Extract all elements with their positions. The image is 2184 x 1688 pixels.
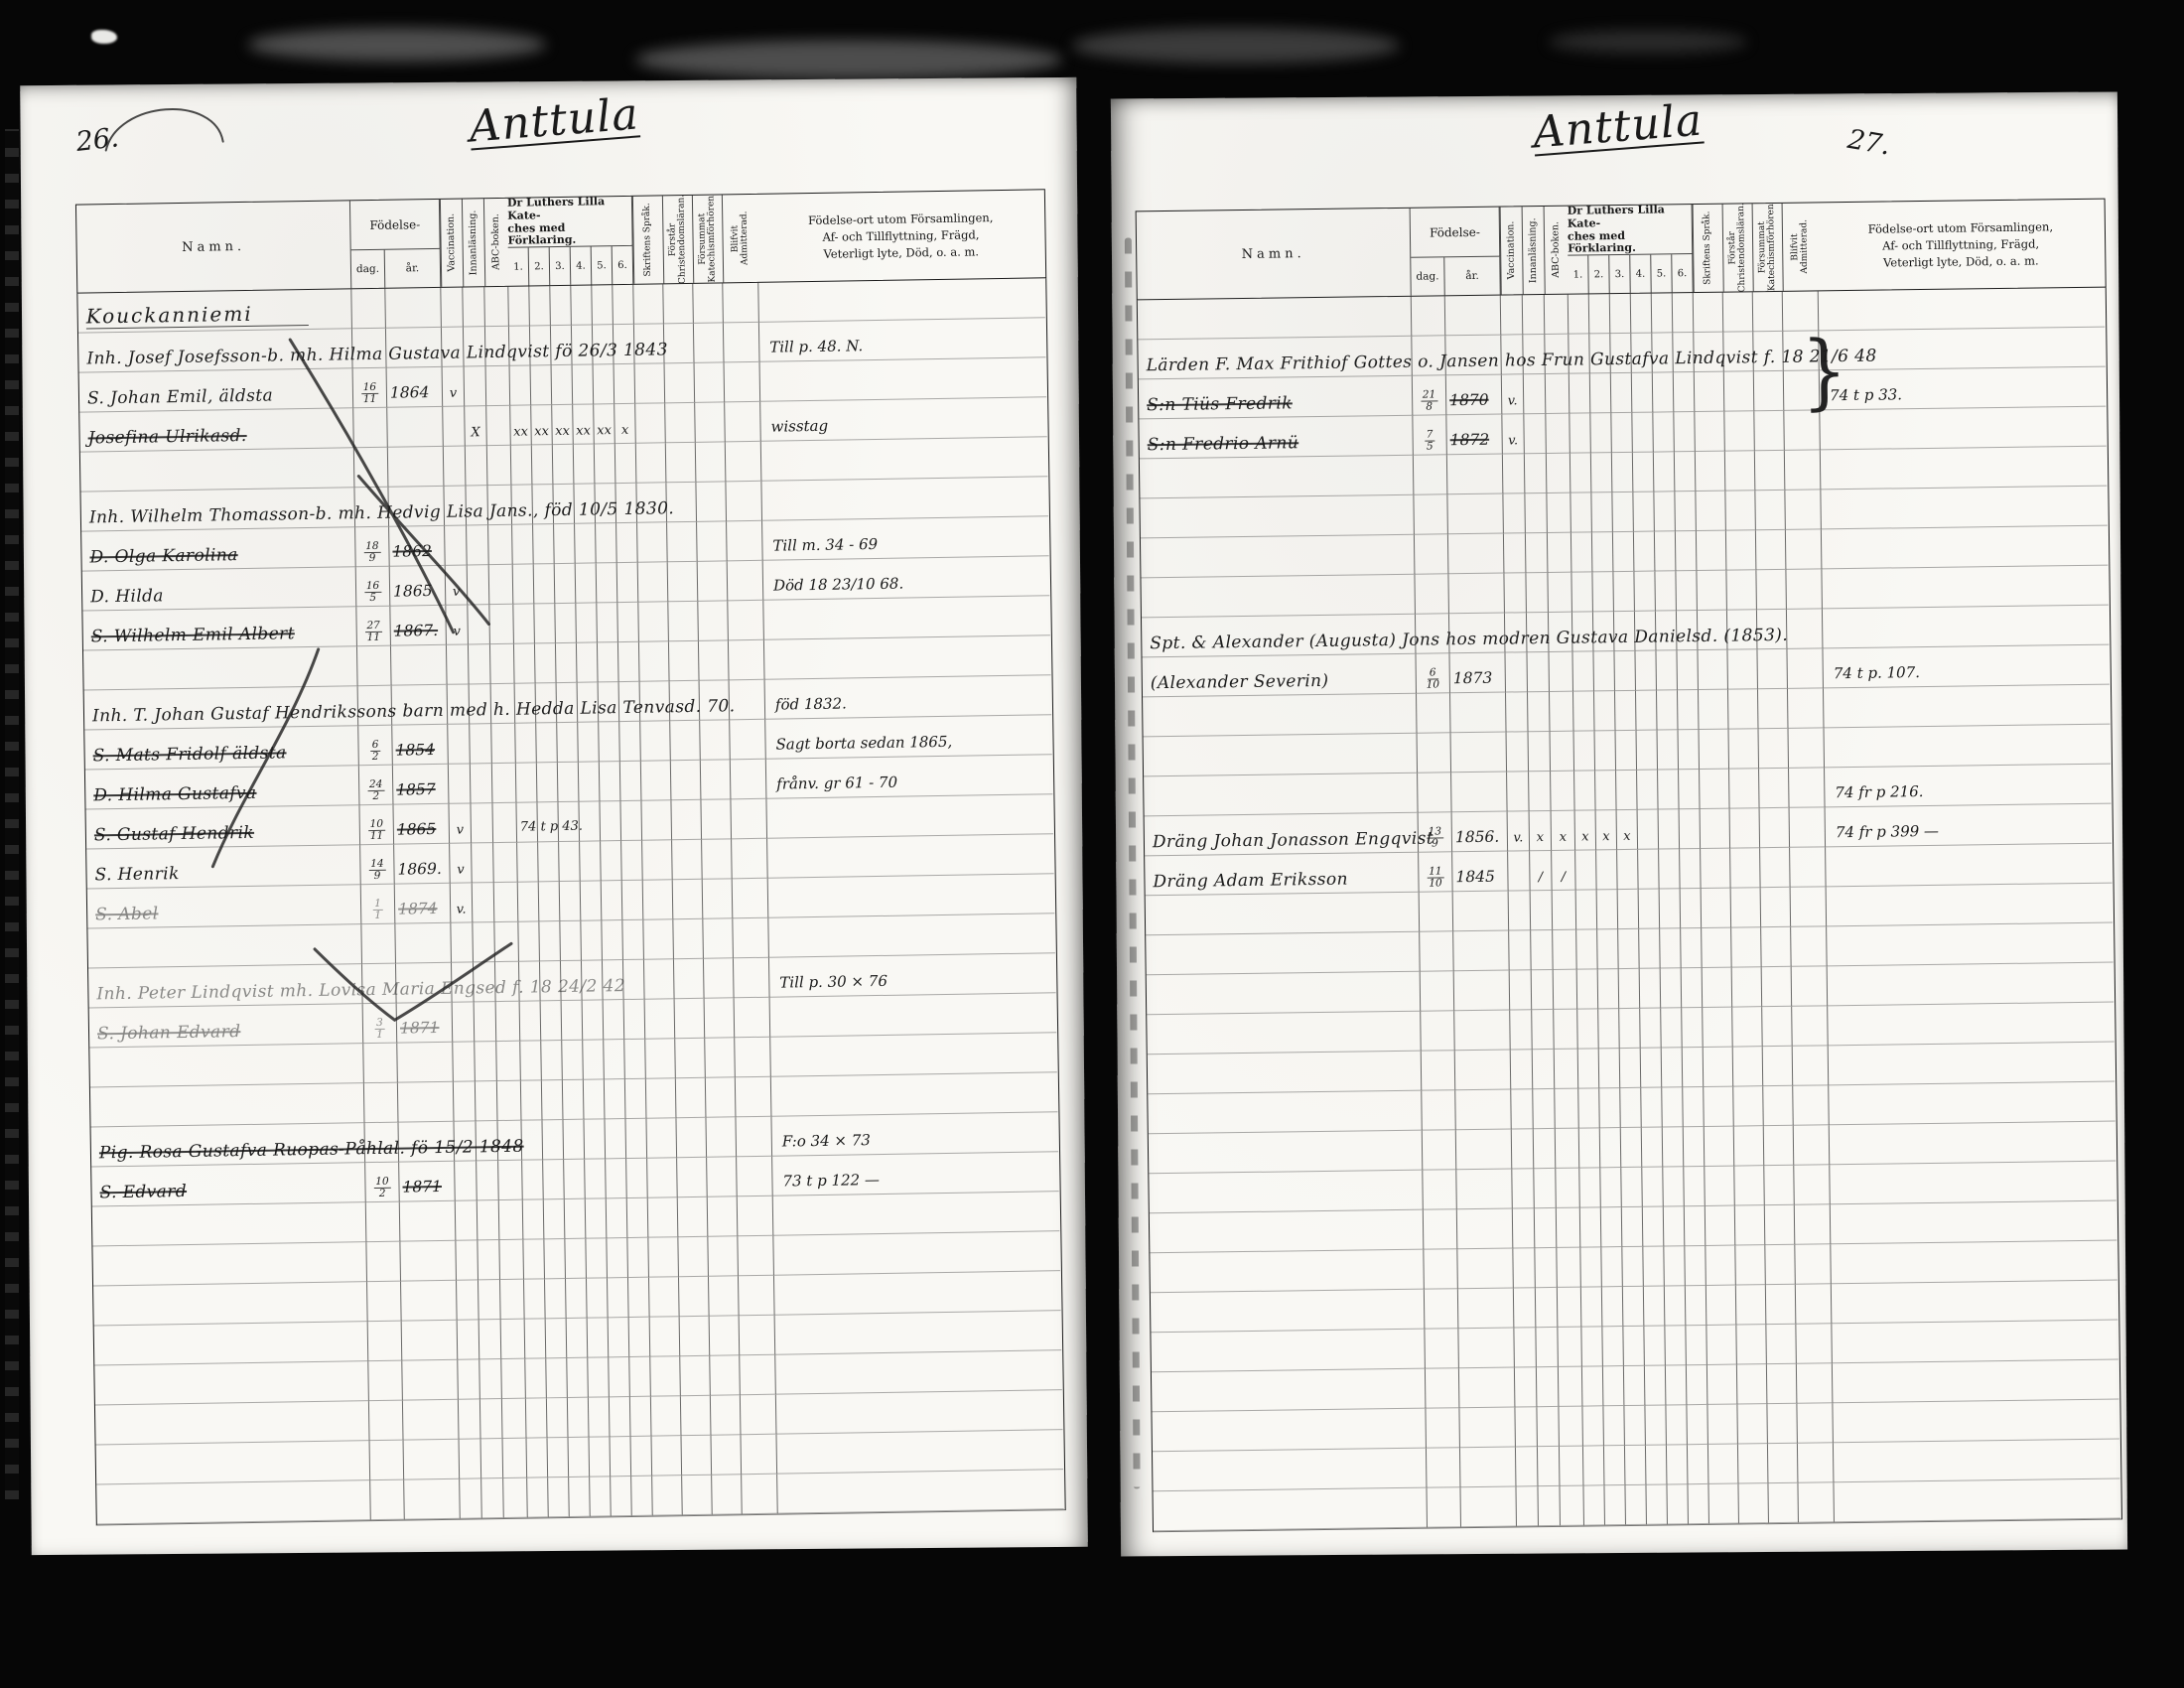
skriftens-cell <box>641 800 672 840</box>
note-cell <box>1821 487 2107 530</box>
birth-year-cell <box>395 923 452 964</box>
blifvit-cell <box>1793 1085 1830 1125</box>
birth-day-cell: 31 <box>363 1004 398 1045</box>
katekes-cell <box>1661 968 1683 1008</box>
margin-note: 74 fr p 216. <box>1835 782 1923 801</box>
birth-day-value: 1110 <box>1427 866 1444 889</box>
name-cell <box>1147 972 1422 1016</box>
birth-day-cell <box>1421 1011 1455 1051</box>
margin-note: 74 t p 33. <box>1830 385 1902 404</box>
katekes-cell <box>613 285 634 325</box>
innanlasning-cell <box>1524 414 1547 454</box>
innanlasning-cell <box>1537 1407 1560 1447</box>
blifvit-cell <box>1792 966 1829 1006</box>
katekes-cell <box>539 882 561 921</box>
forsummat-cell <box>1764 1166 1795 1205</box>
note-cell <box>763 596 1050 640</box>
name-cell <box>1148 1052 1422 1095</box>
katekes-cell <box>513 564 535 604</box>
name-cell: Inh. Peter Lindqvist mh. Lovisa Maria En… <box>88 964 363 1008</box>
birth-year-value: 1854 <box>395 741 435 760</box>
katekes-cell <box>1666 1405 1688 1445</box>
abc-cell <box>1558 1288 1582 1328</box>
katekes-cell <box>1633 492 1655 532</box>
birth-year-value: 1856. <box>1455 828 1500 847</box>
katekes-cell <box>537 763 559 802</box>
birth-day-cell <box>1418 773 1452 812</box>
katekes-cell <box>546 1358 568 1398</box>
katekes-cell <box>558 763 580 802</box>
katekes-cell: 74 t p 43. <box>516 802 538 842</box>
vaccination-cell <box>1513 1248 1536 1288</box>
blifvit-cell <box>731 760 767 800</box>
birth-day-cell <box>1422 1051 1456 1090</box>
birth-day-cell <box>369 1401 404 1442</box>
katekes-cell <box>515 723 537 763</box>
katekes-cell <box>596 523 617 563</box>
note-cell <box>1827 923 2113 967</box>
abc-cell <box>1551 772 1575 811</box>
vaccination-cell <box>458 1359 480 1399</box>
forsummat-cell <box>700 720 731 760</box>
blifvit-cell <box>1785 490 1822 529</box>
skriftens-cell <box>646 1078 677 1118</box>
name-cell <box>1148 1091 1422 1135</box>
birth-day-value: 242 <box>367 779 385 802</box>
vaccination-cell <box>1503 454 1526 493</box>
katekes-cell <box>1639 929 1661 969</box>
katekes-cell <box>1674 412 1696 452</box>
birth-year-cell <box>1453 931 1510 972</box>
katekes-cell <box>1675 452 1697 492</box>
katekes-cell <box>1640 1009 1662 1049</box>
skriftens-cell <box>640 721 671 761</box>
katekes-cell <box>1665 1286 1687 1326</box>
katekes-cell <box>541 1001 563 1041</box>
note-cell <box>1833 1360 2118 1404</box>
day-denominator: 11 <box>363 394 377 405</box>
mark-value: v <box>453 625 461 639</box>
abc-cell <box>496 1002 521 1042</box>
katekes-cell <box>588 1357 610 1397</box>
skriftens-cell <box>641 761 672 800</box>
birth-year-cell: 1872 <box>1446 415 1503 456</box>
birth-day-value: 11 <box>372 899 383 921</box>
vaccination-cell <box>1505 652 1528 692</box>
forsummat-cell <box>702 839 733 879</box>
vaccination-cell <box>1503 493 1526 533</box>
innanlasning-cell <box>475 1042 497 1081</box>
forsummat-cell <box>1760 848 1791 888</box>
margin-note: wisstag <box>770 417 828 436</box>
katekes-cell <box>581 920 603 960</box>
birth-year-cell <box>1456 1169 1513 1209</box>
skriftens-cell <box>646 1118 677 1158</box>
name-cell <box>1151 1330 1426 1373</box>
forsummat-cell <box>1756 530 1787 570</box>
note-cell <box>1820 407 2106 451</box>
forstar-cell <box>671 800 702 840</box>
note-cell <box>1830 1162 2116 1205</box>
katekes-cell <box>617 563 639 603</box>
birth-year-cell <box>1453 892 1510 932</box>
katekes-cell <box>1624 1366 1646 1406</box>
abc-cell <box>1556 1169 1580 1208</box>
col-header-ar: år. <box>385 249 442 288</box>
katekes-cell <box>581 881 603 920</box>
katekes-cell <box>557 723 579 763</box>
abc-cell <box>486 366 511 406</box>
right-page-rows: Lärden F. Max Frithiof Gottes o. Jansen … <box>1137 288 2122 1533</box>
birth-year-cell <box>1447 494 1504 535</box>
forstar-cell <box>668 562 699 602</box>
note-cell <box>1822 526 2108 570</box>
birth-day-cell: 149 <box>360 845 395 886</box>
innanlasning-cell <box>479 1359 502 1399</box>
margin-note: Till p. 30 × 76 <box>779 972 887 992</box>
birth-day-cell: 62 <box>358 726 393 767</box>
katekes-cell <box>1622 1247 1644 1287</box>
birth-year-cell <box>400 1241 457 1282</box>
name-cell <box>1153 1449 1427 1492</box>
blifvit-cell <box>723 283 759 324</box>
birth-day-value: 75 <box>1425 429 1435 452</box>
mark-value: x <box>1602 829 1610 844</box>
forstar-cell <box>1727 649 1758 689</box>
katekes-cell <box>1673 293 1695 333</box>
skriftens-cell <box>643 919 674 959</box>
birth-year-cell <box>391 645 448 686</box>
blifvit-cell <box>738 1196 774 1237</box>
col-header-fodelseort: Födelse-ort utom Församlingen, Af- och T… <box>757 190 1044 282</box>
birth-day-value: 62 <box>370 740 381 763</box>
katekes-cell <box>525 1358 547 1398</box>
col-header-abc-boken: ABC-boken. <box>1544 207 1569 294</box>
katekes-cell <box>1616 771 1638 810</box>
abc-cell <box>1559 1407 1583 1447</box>
note-cell <box>1829 1043 2115 1086</box>
innanlasning-cell <box>471 764 493 803</box>
forsummat-cell <box>703 918 734 958</box>
day-denominator: 5 <box>1427 441 1433 452</box>
forsummat-cell <box>695 362 726 402</box>
katekes-cell <box>1600 1128 1622 1168</box>
note-cell <box>777 1470 1064 1514</box>
abc-cell <box>1554 970 1578 1010</box>
name-cell <box>1151 1290 1425 1334</box>
blifvit-cell <box>724 323 760 363</box>
katekes-cell <box>625 1119 647 1159</box>
margin-note: 74 fr p 399 — <box>1836 822 1939 841</box>
birth-year-cell: 1874 <box>395 884 452 924</box>
note-cell <box>1833 1400 2118 1444</box>
abc-cell <box>484 287 509 327</box>
katekes-cell <box>526 1398 548 1438</box>
forsummat-cell <box>706 1117 737 1157</box>
note-cell <box>767 834 1054 879</box>
name-cell: Spt. & Alexander (Augusta) Jons hos modr… <box>1142 615 1417 658</box>
skriftens-cell <box>639 641 670 681</box>
mark-value: xx <box>534 424 549 439</box>
note-cell <box>773 1231 1060 1276</box>
forsummat-cell <box>1762 967 1793 1007</box>
katekes-cell <box>1618 890 1640 929</box>
vaccination-cell <box>449 764 472 803</box>
katekes-cell <box>520 1001 542 1041</box>
katekes-cell <box>514 643 536 683</box>
katekes-cell <box>1598 1009 1620 1049</box>
katekes-cell <box>1678 690 1700 730</box>
forstar-cell <box>1723 292 1754 332</box>
name-cell <box>90 1083 365 1127</box>
katekes-cell <box>1656 650 1678 690</box>
note-cell <box>1828 1003 2114 1047</box>
skriftens-cell <box>1705 1167 1735 1206</box>
katekes-cell <box>1631 294 1653 334</box>
note-cell <box>1819 288 2105 332</box>
katekes-cell <box>574 444 596 484</box>
abc-cell <box>1549 652 1573 692</box>
birth-year-cell <box>1455 1051 1512 1091</box>
birth-day-cell <box>1426 1368 1460 1408</box>
katekes-cell <box>631 1477 653 1516</box>
birth-day-cell <box>370 1480 405 1521</box>
forstar-cell <box>1724 411 1755 451</box>
abc-cell <box>1554 1010 1578 1050</box>
katekes-cell <box>535 643 557 683</box>
forsummat-cell <box>1765 1245 1796 1285</box>
katekes-cell <box>1660 928 1682 968</box>
katekes-cell <box>1688 1484 1709 1524</box>
katekes-cell <box>1632 413 1654 453</box>
blifvit-cell <box>740 1316 776 1356</box>
katekes-cell <box>1654 492 1676 531</box>
birth-day-cell <box>368 1361 403 1402</box>
katekes-cell <box>533 524 555 564</box>
vaccination-cell: v. <box>1502 414 1525 454</box>
innanlasning-cell <box>1523 295 1546 335</box>
katekes-cell <box>1613 572 1635 612</box>
entry-name: Dräng Johan Jonasson Engqvist <box>1153 829 1433 853</box>
abc-cell <box>501 1320 526 1359</box>
blifvit-cell <box>1788 688 1825 728</box>
birth-day-value: 2711 <box>364 621 382 643</box>
katekes-cell <box>571 285 593 325</box>
col-header-forsummat: Försummat Katechismförhören <box>1752 204 1783 291</box>
birth-day-value: 1611 <box>361 382 379 405</box>
vaccination-cell <box>1506 692 1529 732</box>
katekes-cell <box>1677 650 1699 690</box>
vaccination-cell <box>1515 1407 1538 1447</box>
blifvit-cell <box>1786 569 1823 609</box>
katekes-cell <box>1685 1206 1706 1246</box>
blifvit-cell <box>1794 1125 1831 1165</box>
katekes-cell: xx <box>531 405 553 445</box>
katekes-cell <box>577 642 599 682</box>
name-cell <box>1144 774 1419 817</box>
katekes-cell <box>1596 850 1618 890</box>
abc-cell: x <box>1552 811 1576 851</box>
innanlasning-cell <box>1527 652 1550 692</box>
note-cell <box>760 357 1047 402</box>
forstar-cell <box>668 602 699 641</box>
katekes-cell <box>609 1357 630 1397</box>
mark-value: x <box>621 423 629 438</box>
skriftens-cell <box>1701 809 1731 849</box>
katekes-cell <box>1597 890 1619 929</box>
katekes-cell <box>1583 1446 1605 1485</box>
birth-day-cell: 1110 <box>1419 852 1453 892</box>
name-cell <box>96 1441 371 1484</box>
birth-day-cell: 165 <box>356 567 391 608</box>
katekes-cell: x <box>614 404 636 444</box>
birth-day-value: 1011 <box>368 819 386 842</box>
katekes-cell <box>520 1041 542 1080</box>
innanlasning-cell <box>473 922 495 962</box>
skriftens-cell <box>1700 770 1730 809</box>
blifvit-cell <box>1797 1363 1834 1403</box>
katekes-cell <box>583 1000 605 1040</box>
katekes-cell <box>1576 929 1598 969</box>
blifvit-cell <box>725 402 761 443</box>
birth-day-cell <box>1417 693 1451 733</box>
mark-value: x <box>1623 829 1631 844</box>
kateches-col-1: 1. <box>508 247 530 285</box>
blifvit-cell <box>736 1117 772 1158</box>
forsummat-cell <box>1765 1205 1796 1245</box>
blifvit-cell <box>741 1395 777 1436</box>
katekes-cell <box>1599 1049 1621 1088</box>
forsummat-cell <box>712 1475 743 1514</box>
forsummat-cell <box>695 402 726 442</box>
forsummat-cell <box>1768 1483 1799 1523</box>
katekes-cell <box>622 881 644 920</box>
forstar-cell <box>665 403 696 443</box>
katekes-cell <box>546 1319 568 1358</box>
note-cell: }74 t p 33. <box>1820 367 2106 411</box>
katekes-cell <box>560 882 582 921</box>
skriftens-cell <box>642 840 673 880</box>
skriftens-cell <box>638 562 669 602</box>
skriftens-cell <box>1696 452 1726 492</box>
vaccination-cell <box>1513 1208 1536 1248</box>
note-cell: frånv. gr 61 - 70 <box>766 755 1053 799</box>
katekes-cell <box>627 1238 649 1278</box>
katekes-cell <box>583 1040 605 1079</box>
blifvit-cell <box>730 720 766 761</box>
blifvit-cell <box>1791 887 1828 926</box>
forsummat-cell <box>705 998 736 1038</box>
katekes-cell <box>1616 731 1638 771</box>
birth-year-cell <box>1460 1486 1517 1527</box>
vaccination-cell: v <box>446 605 469 644</box>
margin-note: frånv. gr 61 - 70 <box>776 774 897 793</box>
katekes-cell <box>1675 492 1697 531</box>
katekes-cell <box>1676 571 1698 611</box>
mark-value: x <box>1537 830 1545 845</box>
katekes-cell <box>544 1199 566 1239</box>
blifvit-cell <box>736 1077 772 1118</box>
forstar-cell <box>667 522 698 562</box>
forstar-cell <box>681 1436 712 1476</box>
katekes-cell <box>623 960 645 1000</box>
birth-day-cell: 189 <box>355 527 390 568</box>
katekes-cell: xx <box>510 405 532 445</box>
forsummat-cell <box>698 601 729 640</box>
note-cell: 73 t p 122 — <box>772 1152 1059 1196</box>
birth-year-value: 1874 <box>398 900 438 918</box>
birth-year-value: 1871 <box>402 1178 442 1196</box>
day-denominator: 11 <box>370 831 384 842</box>
name-cell: S. Johan Emil, äldsta <box>79 368 354 412</box>
col-header-kateches: Dr Luthers Lilla Kate- ches med Förklari… <box>507 197 633 248</box>
birth-year-value: 1871 <box>400 1019 440 1038</box>
katekes-cell <box>559 842 581 882</box>
blifvit-cell <box>1798 1482 1835 1522</box>
katekes-cell <box>614 364 636 404</box>
katekes-cell <box>626 1159 648 1198</box>
innanlasning-cell <box>476 1081 498 1121</box>
forstar-cell <box>670 721 701 761</box>
katekes-cell <box>1580 1247 1602 1287</box>
note-cell <box>758 278 1045 323</box>
forsummat-cell <box>701 799 732 839</box>
blifvit-cell <box>1789 728 1826 768</box>
forstar-cell <box>1726 530 1757 570</box>
katekes-cell <box>590 1437 612 1477</box>
katekes-cell <box>1661 1008 1683 1048</box>
scan-smudge <box>635 40 1062 79</box>
day-denominator: 2 <box>372 752 379 763</box>
katekes-cell <box>1612 453 1634 492</box>
note-cell: Till m. 34 - 69 <box>762 516 1049 561</box>
innanlasning-cell <box>1531 930 1554 970</box>
katekes-cell <box>1582 1406 1604 1446</box>
name-cell: (Alexander Severin) <box>1143 654 1417 698</box>
forstar-cell <box>1736 1325 1767 1364</box>
page-number: 26. <box>74 122 120 158</box>
col-header-forstar: Förstår Christendomsläran. <box>1722 204 1753 291</box>
abc-cell <box>503 1439 528 1478</box>
forsummat-cell <box>701 760 732 799</box>
note-cell <box>1822 566 2108 610</box>
blifvit-cell <box>1785 450 1822 490</box>
forstar-cell <box>1732 1007 1763 1047</box>
blifvit-cell <box>1796 1284 1833 1324</box>
forsummat-cell <box>696 482 727 521</box>
right-page: 27. Anttula Namn. Födelse- dag. år. Vacc… <box>1111 91 2127 1556</box>
name-cell: D. Hilda <box>82 567 357 611</box>
katekes-cell <box>602 881 623 920</box>
left-page-rows: KouckanniemiInh. Josef Josefsson-b. mh. … <box>76 278 1065 1525</box>
birth-day-cell <box>1423 1130 1457 1170</box>
katekes-cell <box>567 1358 589 1398</box>
skriftens-cell <box>1704 1048 1734 1087</box>
katekes-cell <box>1634 532 1656 572</box>
katekes-cell <box>1632 373 1654 413</box>
forsummat-cell <box>1753 292 1784 332</box>
birth-year-cell <box>1458 1328 1515 1368</box>
abc-cell <box>1557 1208 1581 1248</box>
margin-reference: 74 t p 43. <box>520 819 583 835</box>
note-cell <box>1831 1201 2116 1245</box>
katekes-cell <box>628 1278 650 1318</box>
forsummat-cell <box>698 561 729 601</box>
katekes-cell <box>1589 294 1611 334</box>
vaccination-cell <box>458 1320 480 1359</box>
katekes-cell <box>513 604 535 643</box>
day-denominator: 10 <box>1427 679 1440 690</box>
